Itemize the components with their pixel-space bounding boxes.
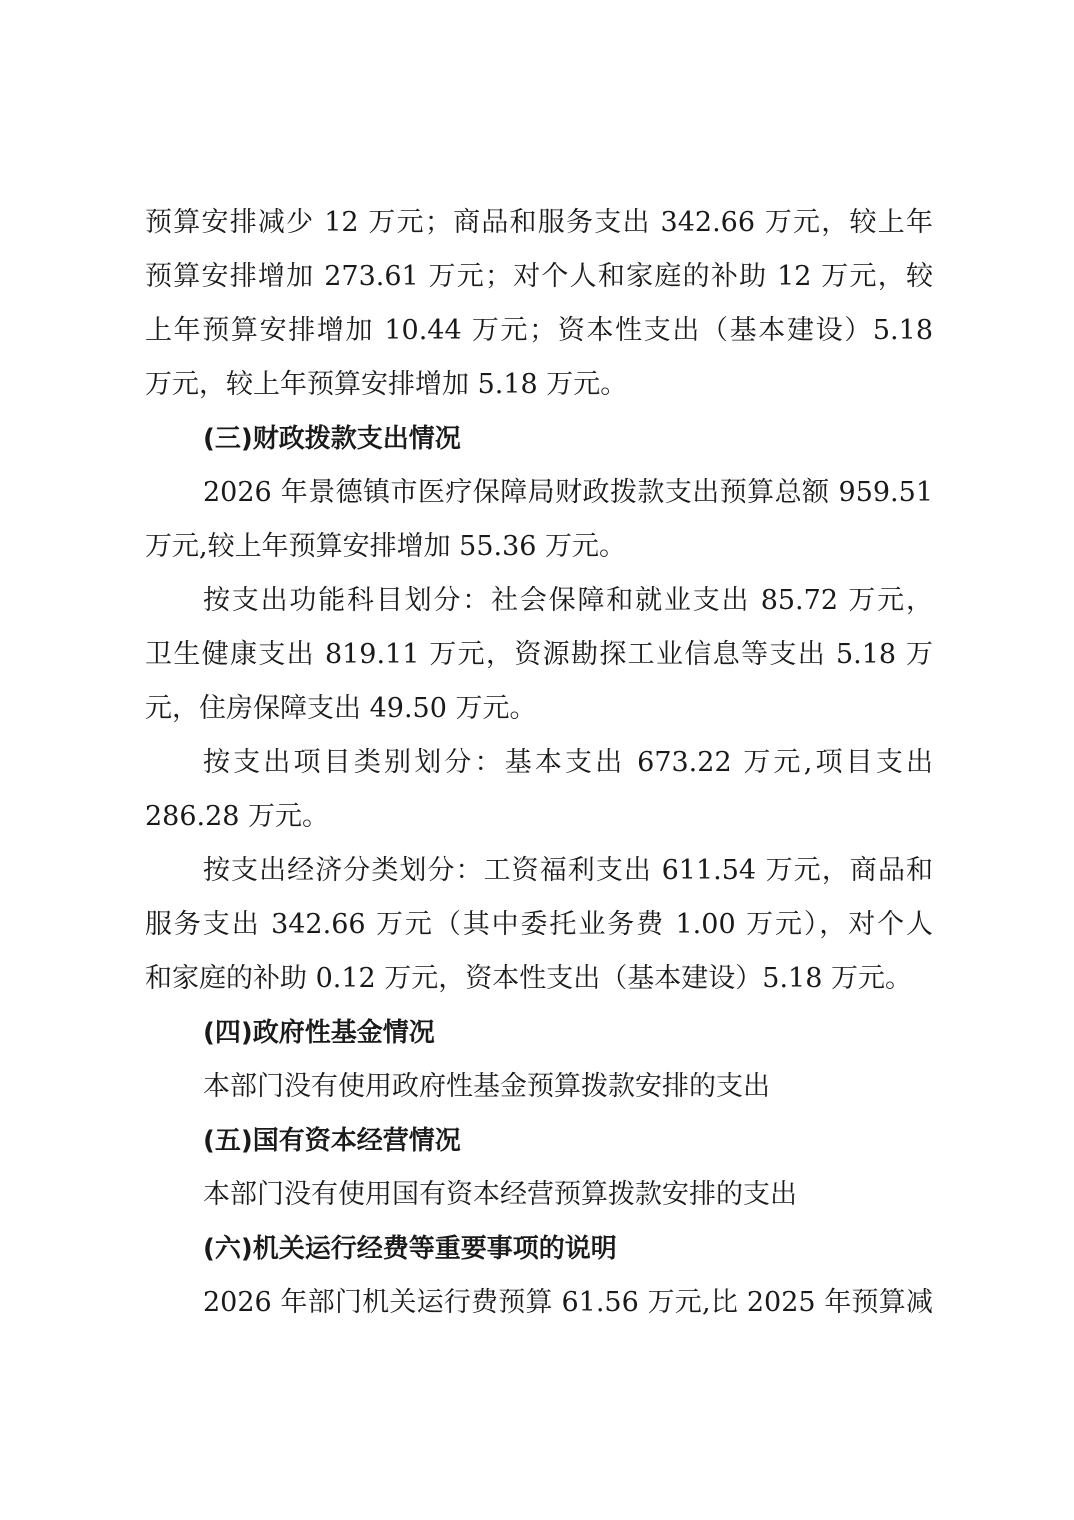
text-line: 按支出功能科目划分：社会保障和就业支出 85.72 万元，: [145, 574, 933, 628]
text-line: 上年预算安排增加 10.44 万元；资本性支出（基本建设）5.18: [145, 304, 933, 358]
text-line: 本部门没有使用政府性基金预算拨款安排的支出: [145, 1060, 933, 1114]
text-line: 286.28 万元。: [145, 790, 933, 844]
text-line: 本部门没有使用国有资本经营预算拨款安排的支出: [145, 1168, 933, 1222]
text-line: 服务支出 342.66 万元（其中委托业务费 1.00 万元），对个人: [145, 898, 933, 952]
text-line: 卫生健康支出 819.11 万元，资源勘探工业信息等支出 5.18 万: [145, 628, 933, 682]
section-heading-4: (四)政府性基金情况: [145, 1006, 933, 1060]
text-line: 预算安排增加 273.61 万元；对个人和家庭的补助 12 万元，较: [145, 250, 933, 304]
section-heading-3: (三)财政拨款支出情况: [145, 412, 933, 466]
text-line: 和家庭的补助 0.12 万元，资本性支出（基本建设）5.18 万元。: [145, 952, 933, 1006]
section-heading-6: (六)机关运行经费等重要事项的说明: [145, 1222, 933, 1276]
text-line: 元，住房保障支出 49.50 万元。: [145, 682, 933, 736]
text-line: 预算安排减少 12 万元；商品和服务支出 342.66 万元，较上年: [145, 196, 933, 250]
text-line: 2026 年部门机关运行费预算 61.56 万元,比 2025 年预算减: [145, 1276, 933, 1330]
text-line: 万元,较上年预算安排增加 55.36 万元。: [145, 520, 933, 574]
text-line: 2026 年景德镇市医疗保障局财政拨款支出预算总额 959.51: [145, 466, 933, 520]
text-line: 万元，较上年预算安排增加 5.18 万元。: [145, 358, 933, 412]
text-line: 按支出经济分类划分：工资福利支出 611.54 万元，商品和: [145, 844, 933, 898]
text-line: 按支出项目类别划分：基本支出 673.22 万元,项目支出: [145, 736, 933, 790]
document-page: 预算安排减少 12 万元；商品和服务支出 342.66 万元，较上年 预算安排增…: [145, 196, 933, 1330]
section-heading-5: (五)国有资本经营情况: [145, 1114, 933, 1168]
